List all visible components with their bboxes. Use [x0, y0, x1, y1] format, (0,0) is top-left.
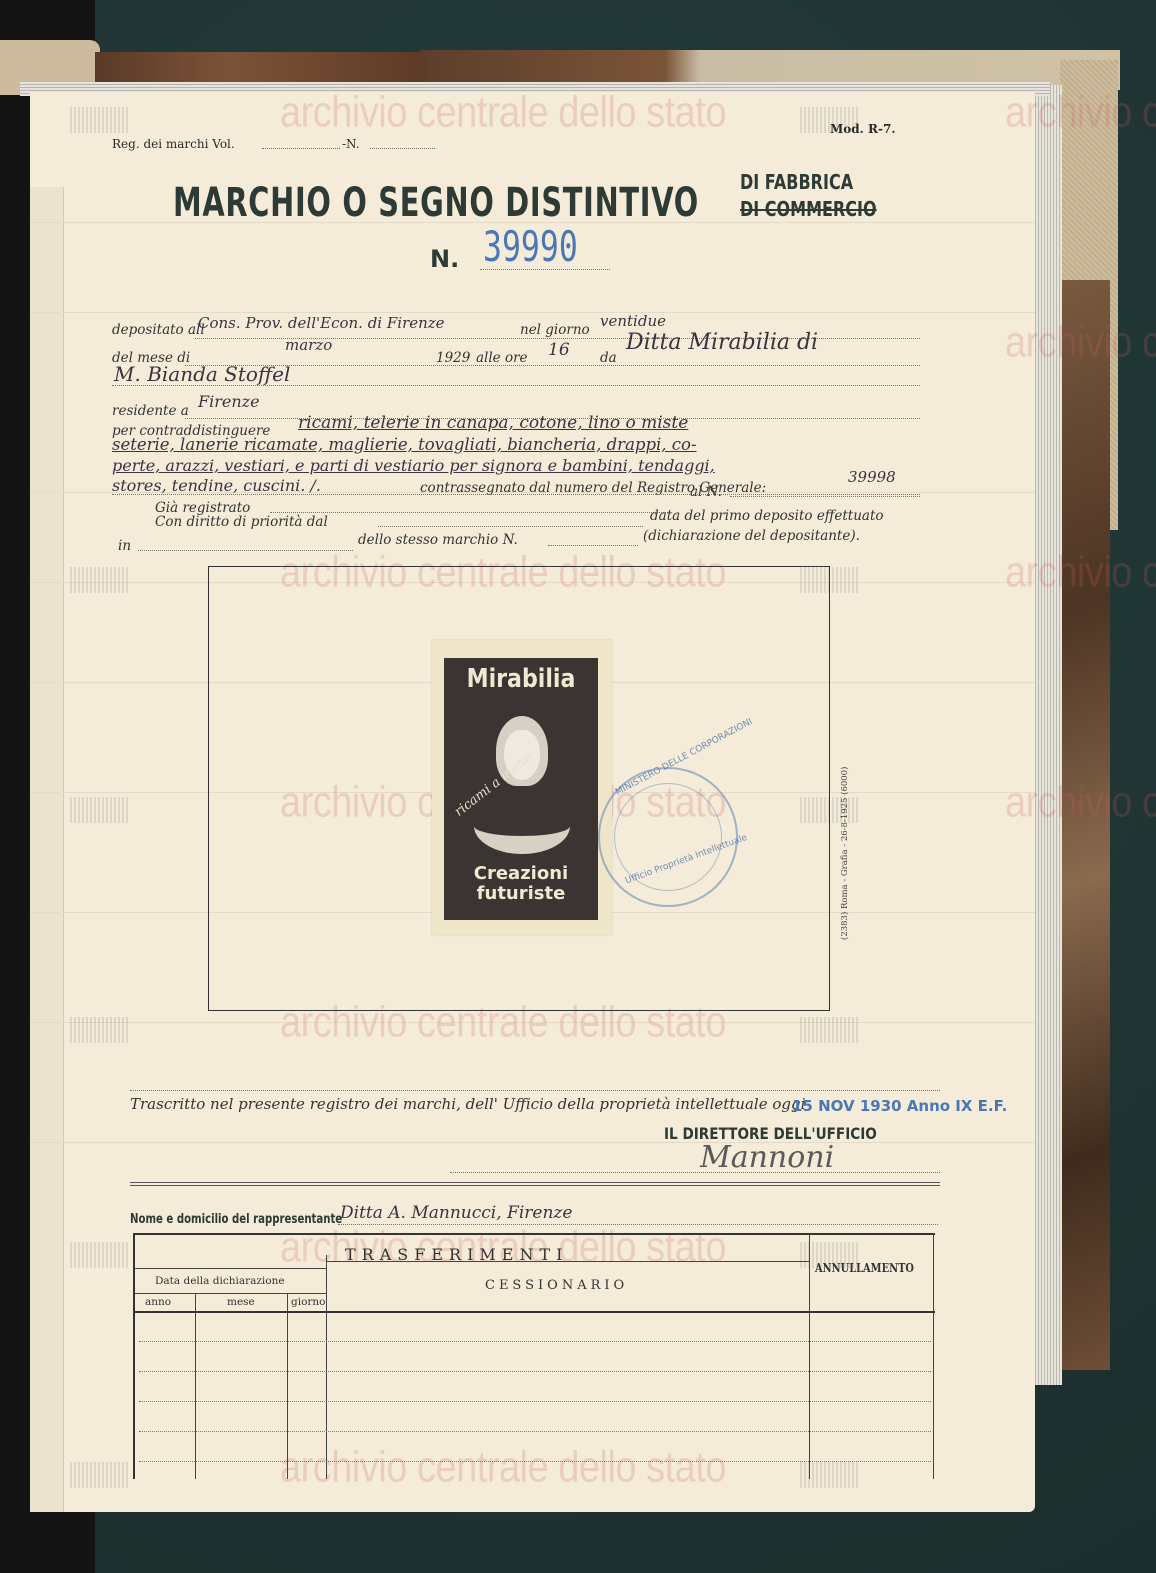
table-row — [139, 1341, 931, 1342]
label-footer-line2: futuriste — [444, 884, 598, 904]
goods-line-1: ricami, telerie in canapa, cotone, lino … — [298, 413, 688, 433]
label-brand-name: Mirabilia — [456, 664, 587, 694]
hour-value: 16 — [548, 340, 570, 360]
table-row — [139, 1401, 931, 1402]
representative-value: Ditta A. Mannucci, Firenze — [340, 1203, 572, 1223]
depositor-value-line2: M. Bianda Stoffel — [114, 362, 290, 386]
mark-type-factory: DI FABBRICA — [740, 170, 853, 194]
goods-line-4: stores, tendine, cuscini. /. — [112, 476, 321, 495]
depositor-value-line1: Ditta Mirabilia di — [626, 330, 818, 355]
hour-label: alle ore — [476, 350, 528, 366]
transcription-label: Trascritto nel presente registro dei mar… — [130, 1095, 805, 1113]
watermark: archivio centrale dello stato — [1005, 549, 1156, 598]
general-register-value: 39998 — [848, 468, 896, 486]
watermark: archivio centrale dello stato — [1005, 89, 1156, 138]
declaration-label: (dichiarazione del depositante). — [643, 528, 860, 544]
declaration-date-header: Data della dichiarazione — [155, 1275, 285, 1287]
mark-number-stamp: 39990 — [483, 222, 578, 271]
cancellation-header: ANNULLAMENTO — [815, 1261, 914, 1275]
trademark-label-image: Mirabilia ricami a mano Creazioni futuri… — [432, 640, 612, 935]
table-row — [139, 1431, 931, 1432]
ministry-seal-stamp: MINISTERO DELLE CORPORAZIONI Ufficio Pro… — [598, 767, 738, 907]
transfers-table: TRASFERIMENTI Data della dichiarazione a… — [133, 1233, 933, 1479]
transfers-title: TRASFERIMENTI — [345, 1245, 568, 1264]
representative-label: Nome e domicilio del rappresentante — [130, 1212, 342, 1227]
director-signature: Mannoni — [700, 1140, 834, 1175]
register-number-label: -N. — [342, 137, 360, 151]
column-giorno: giorno — [291, 1296, 326, 1308]
printer-note: (2383) Roma - Grafia - 26-8-1925 (6000) — [840, 767, 850, 940]
same-mark-label: dello stesso marchio N. — [358, 532, 518, 548]
month-value: marzo — [285, 336, 332, 354]
depositor-label: da — [600, 350, 617, 366]
deposited-at-value: Cons. Prov. dell'Econ. di Firenze — [198, 314, 445, 332]
watermark: archivio centrale dello stato — [1005, 779, 1156, 828]
register-volume-label: Reg. dei marchi Vol. — [112, 137, 235, 151]
assignee-header: CESSIONARIO — [485, 1278, 628, 1293]
label-footer: Creazioni futuriste — [444, 864, 598, 904]
table-row — [139, 1371, 931, 1372]
goods-line-2: seterie, lanerie ricamate, maglierie, to… — [112, 435, 697, 454]
label-figure-hands — [474, 798, 570, 854]
number-label: N. — [430, 245, 459, 273]
already-registered-n-label: al N. — [690, 484, 722, 500]
table-row — [139, 1461, 931, 1462]
resident-value: Firenze — [198, 392, 260, 411]
transcription-date-stamp: 15 NOV 1930 Anno IX E.F. — [792, 1097, 1007, 1115]
priority-label: Con diritto di priorità dal — [155, 514, 328, 530]
document-title: MARCHIO O SEGNO DISTINTIVO — [173, 180, 699, 226]
resident-label: residente a — [112, 403, 189, 419]
mark-type-commerce-struck: DI COMMERCIO — [740, 197, 877, 221]
model-code: Mod. R-7. — [830, 122, 896, 136]
page-gutter — [30, 187, 64, 1512]
deposited-at-label: depositato all — [112, 322, 205, 338]
in-label: in — [118, 538, 131, 554]
column-anno: anno — [145, 1296, 171, 1308]
day-value: ventidue — [600, 312, 666, 330]
goods-line-3: perte, arazzi, vestiari, e parti di vest… — [112, 456, 715, 475]
label-footer-line1: Creazioni — [444, 864, 598, 884]
column-mese: mese — [227, 1296, 255, 1308]
watermark: archivio centrale dello stato — [280, 89, 726, 138]
watermark: archivio centrale dello stato — [1005, 319, 1156, 368]
year-value: 1929 — [436, 350, 470, 366]
day-label: nel giorno — [520, 322, 590, 338]
first-deposit-label: data del primo deposito effettuato — [650, 508, 884, 524]
